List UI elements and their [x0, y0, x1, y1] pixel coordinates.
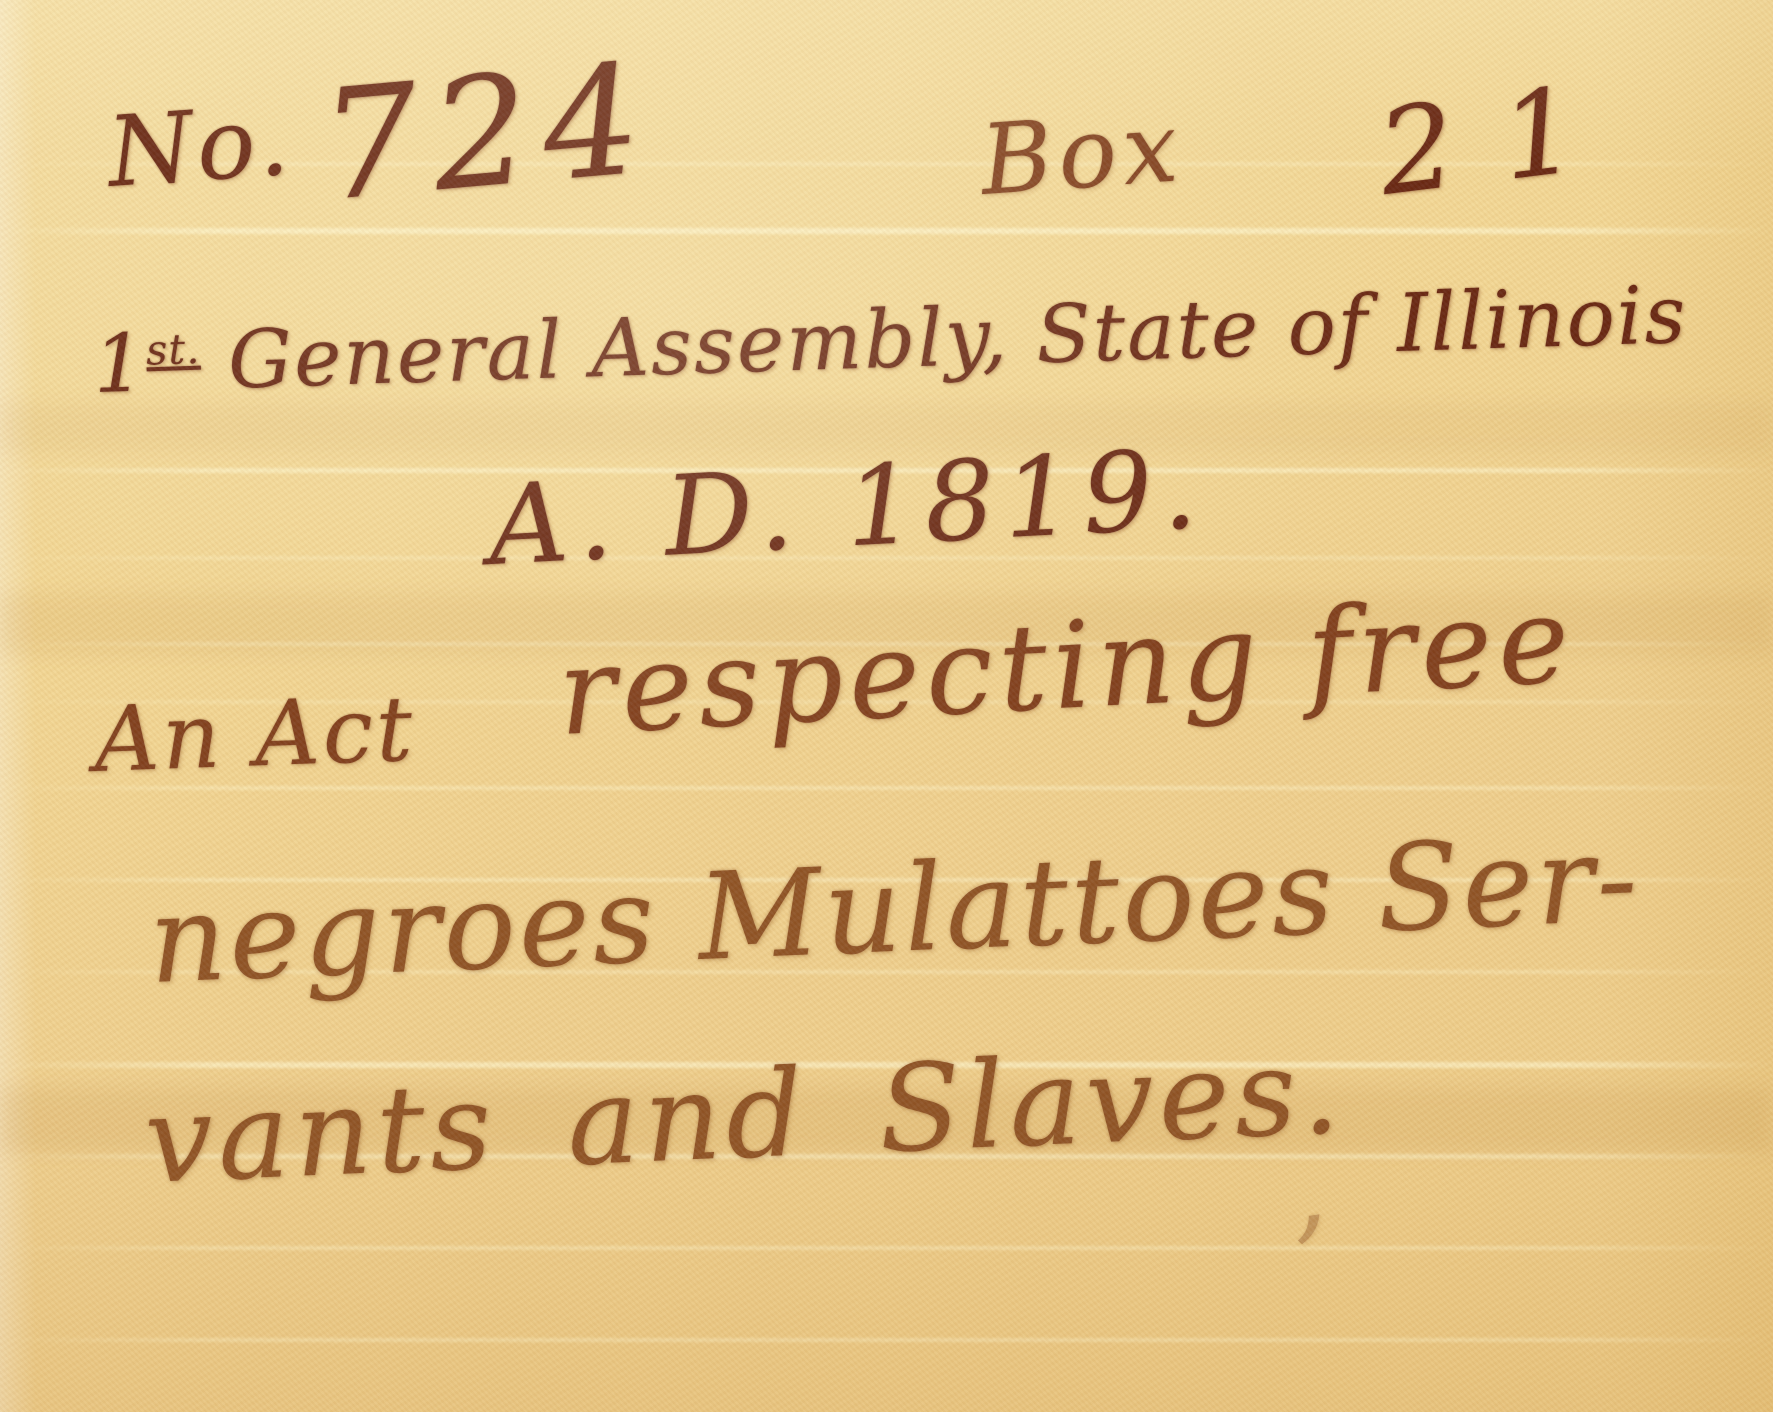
- ruled-line: [0, 1338, 1773, 1342]
- document-number-value: 724: [315, 30, 661, 235]
- act-title-line-1: respecting free: [555, 571, 1579, 763]
- ruled-line: [0, 1246, 1773, 1250]
- assembly-heading-text: General Assembly, State of Illinois: [227, 268, 1689, 407]
- act-title-lead-in: An Act: [92, 677, 417, 793]
- assembly-heading: 1st. General Assembly, State of Illinois: [92, 268, 1689, 411]
- assembly-ordinal-number: 1: [92, 316, 148, 411]
- act-title-line-3: vants and Slaves.: [142, 1022, 1347, 1211]
- box-number-value: 21: [1371, 55, 1632, 222]
- document-photo: No. 724 Box 21 1st. General Assembly, St…: [0, 0, 1773, 1412]
- assembly-ordinal-suffix: st.: [145, 324, 201, 375]
- act-title-line-2: negroes Mulattoes Ser-: [146, 810, 1643, 1011]
- box-label: Box: [977, 90, 1187, 217]
- paper-crease: [0, 228, 1773, 234]
- date-line: A. D. 1819.: [485, 425, 1208, 590]
- document-number-label: No.: [104, 83, 296, 209]
